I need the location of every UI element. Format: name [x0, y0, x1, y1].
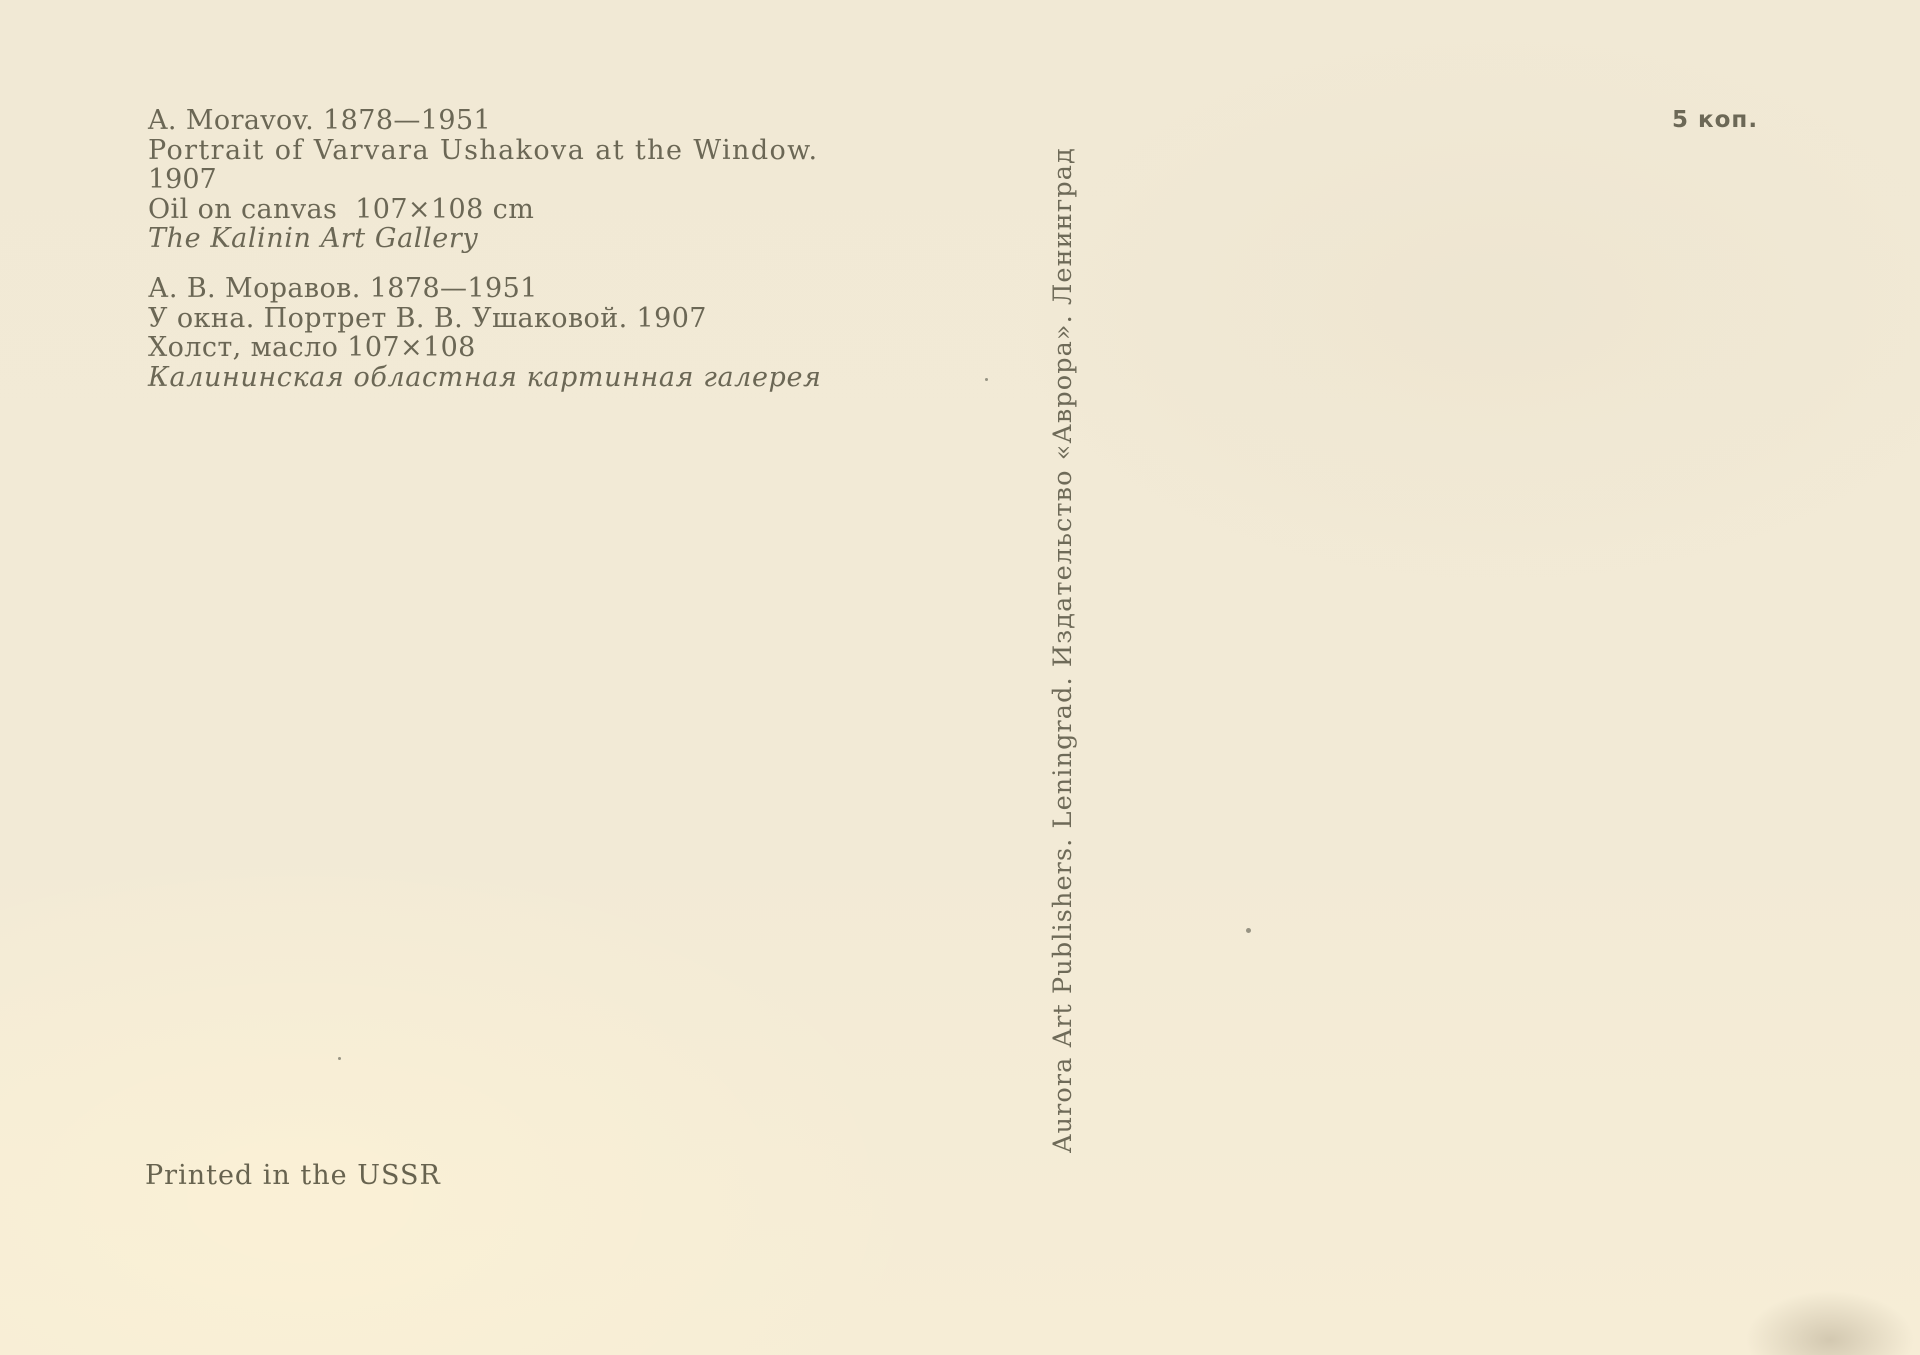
artwork-year-english: 1907	[148, 165, 818, 195]
artwork-medium-english: Oil on canvas 107×108 cm	[148, 195, 818, 225]
artwork-title-english: Portrait of Varvara Ushakova at the Wind…	[148, 136, 818, 166]
paper-speck	[985, 378, 988, 381]
publisher-vertical-text: Aurora Art Publishers. Leningrad. Издате…	[1047, 107, 1079, 1193]
price-label: 5 коп.	[1672, 106, 1758, 134]
gallery-name-russian: Калининская областная картинная галерея	[148, 363, 822, 393]
gallery-name-english: The Kalinin Art Gallery	[148, 224, 818, 254]
publisher-imprint: Aurora Art Publishers. Leningrad. Издате…	[1047, 107, 1079, 1193]
printed-in-ussr: Printed in the USSR	[145, 1160, 441, 1192]
artwork-medium-russian: Холст, масло 107×108	[148, 333, 822, 363]
caption-russian: А. В. Моравов. 1878—1951 У окна. Портрет…	[148, 274, 822, 392]
caption-english: A. Moravov. 1878—1951 Portrait of Varvar…	[148, 106, 818, 254]
artist-name-russian: А. В. Моравов. 1878—1951	[148, 274, 822, 304]
paper-speck	[338, 1057, 341, 1060]
artwork-title-russian: У окна. Портрет В. В. Ушаковой. 1907	[148, 304, 822, 334]
artist-name-english: A. Moravov. 1878—1951	[148, 106, 818, 136]
paper-speck	[1246, 928, 1251, 933]
